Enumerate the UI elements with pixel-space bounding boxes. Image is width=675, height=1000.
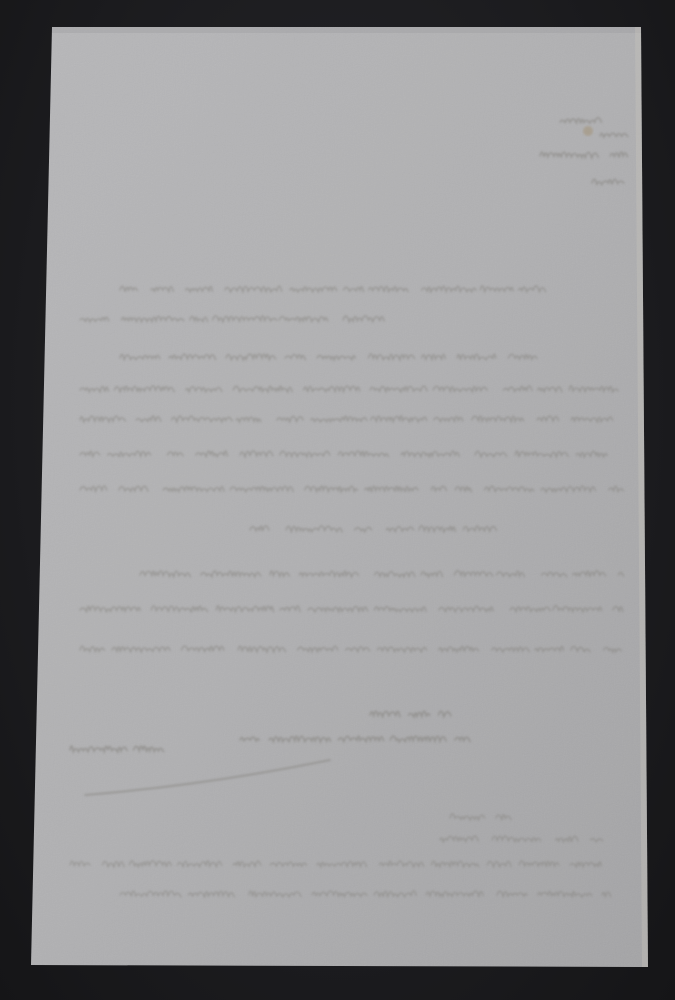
paper-surface xyxy=(31,27,648,967)
letter-sheet xyxy=(0,0,675,1000)
stain-spot xyxy=(583,126,593,136)
letter-sheet-graphic xyxy=(0,0,675,1000)
